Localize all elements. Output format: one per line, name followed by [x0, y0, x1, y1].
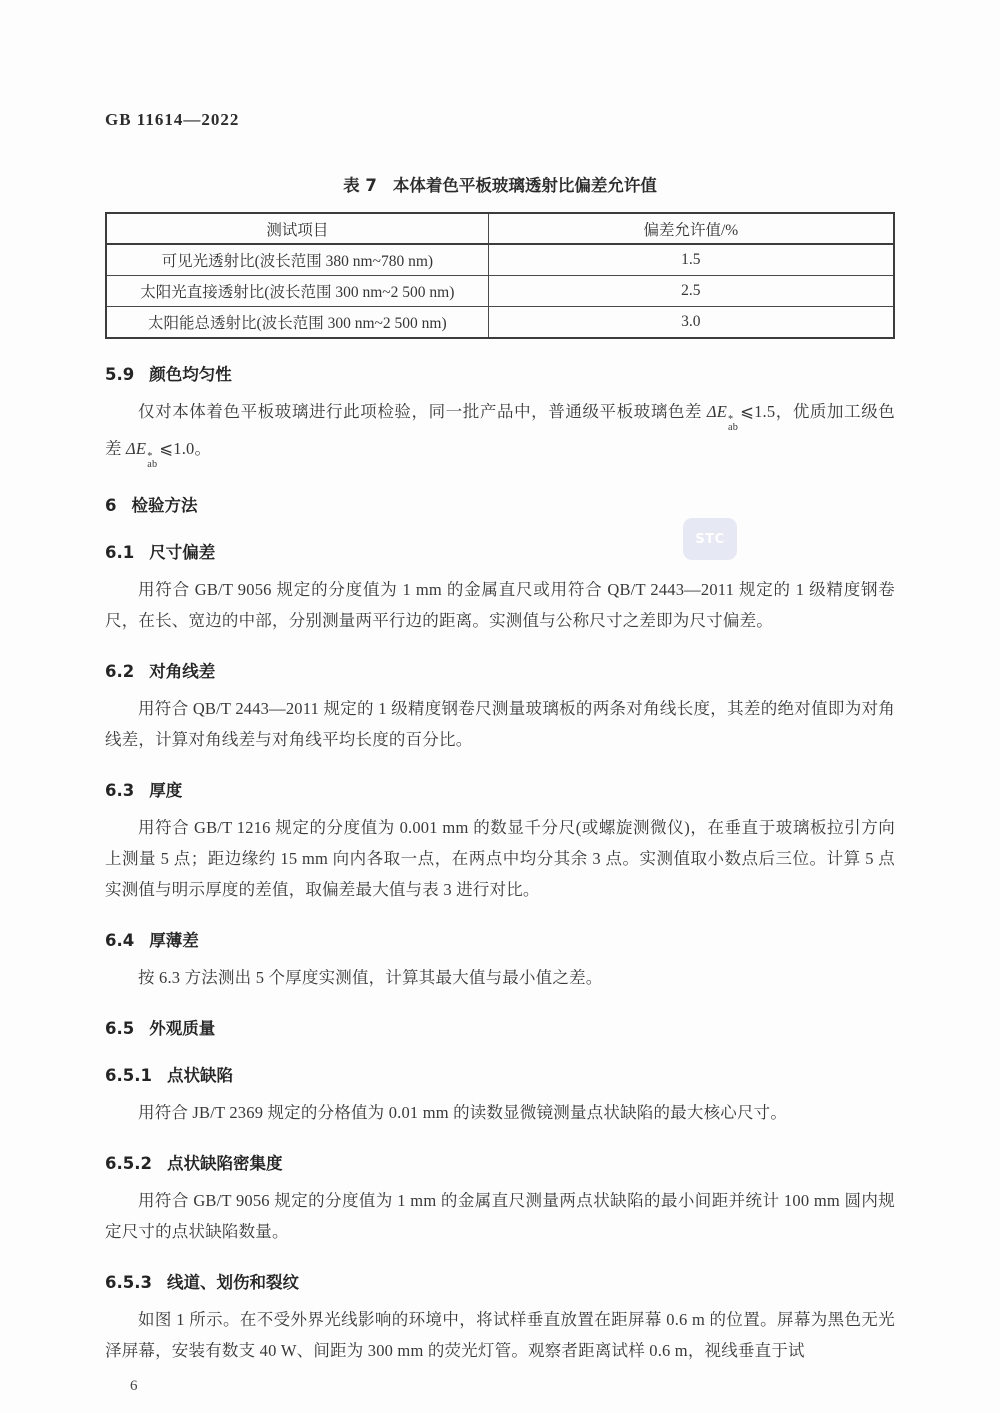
table-row: 太阳光直接透射比(波长范围 300 nm~2 500 nm) 2.5	[106, 276, 894, 307]
cell-deviation-value: 3.0	[488, 307, 894, 339]
section-number: 6.1	[105, 543, 134, 562]
cell-deviation-value: 1.5	[488, 244, 894, 276]
section-heading-6-5-2: 6.5.2点状缺陷密集度	[105, 1152, 895, 1175]
section-title: 检验方法	[131, 496, 197, 515]
section-number: 5.9	[105, 365, 134, 384]
section-paragraph-6-2: 用符合 QB/T 2443—2011 规定的 1 级精度钢卷尺测量玻璃板的两条对…	[105, 693, 895, 755]
paragraph-text: ⩽1.0。	[159, 439, 211, 458]
column-header-test-item: 测试项目	[106, 213, 488, 244]
page-number: 6	[130, 1378, 895, 1395]
section-title: 点状缺陷	[167, 1066, 233, 1085]
cell-test-item: 太阳光直接透射比(波长范围 300 nm~2 500 nm)	[106, 276, 488, 307]
table-label: 表 7	[343, 176, 377, 195]
section-number: 6.5.1	[105, 1066, 152, 1085]
table-caption-text: 本体着色平板玻璃透射比偏差允许值	[393, 176, 657, 195]
section-number: 6.5	[105, 1019, 134, 1038]
paragraph-text: 仅对本体着色平板玻璃进行此项检验，同一批产品中，普通级平板玻璃色差	[138, 402, 707, 421]
section-title: 点状缺陷密集度	[167, 1154, 283, 1173]
section-title: 外观质量	[149, 1019, 215, 1038]
section-paragraph-6-3: 用符合 GB/T 1216 规定的分度值为 0.001 mm 的数显千分尺(或螺…	[105, 812, 895, 905]
section-title: 对角线差	[149, 662, 215, 681]
column-header-allowed-deviation: 偏差允许值/%	[488, 213, 894, 244]
section-heading-6: 6检验方法	[105, 494, 895, 517]
section-title: 厚度	[149, 781, 182, 800]
section-number: 6.5.3	[105, 1273, 152, 1292]
section-number: 6.2	[105, 662, 134, 681]
cell-test-item: 可见光透射比(波长范围 380 nm~780 nm)	[106, 244, 488, 276]
section-number: 6.4	[105, 931, 134, 950]
section-title: 厚薄差	[149, 931, 199, 950]
standard-number: GB 11614—2022	[105, 110, 895, 130]
section-heading-6-3: 6.3厚度	[105, 779, 895, 802]
cell-deviation-value: 2.5	[488, 276, 894, 307]
section-paragraph-6-5-3: 如图 1 所示。在不受外界光线影响的环境中，将试样垂直放置在距屏幕 0.6 m …	[105, 1304, 895, 1366]
section-paragraph-6-1: 用符合 GB/T 9056 规定的分度值为 1 mm 的金属直尺或用符合 QB/…	[105, 574, 895, 636]
section-heading-6-5-1: 6.5.1点状缺陷	[105, 1064, 895, 1087]
section-heading-6-1: 6.1尺寸偏差	[105, 541, 895, 564]
section-heading-6-4: 6.4厚薄差	[105, 929, 895, 952]
section-title: 尺寸偏差	[149, 543, 215, 562]
cell-test-item: 太阳能总透射比(波长范围 300 nm~2 500 nm)	[106, 307, 488, 339]
section-paragraph-6-5-2: 用符合 GB/T 9056 规定的分度值为 1 mm 的金属直尺测量两点状缺陷的…	[105, 1185, 895, 1247]
delta-e-formula: ΔE*ab	[126, 439, 159, 458]
section-number: 6.3	[105, 781, 134, 800]
document-page: { "page": { "doc_number": "GB 11614—2022…	[0, 0, 1000, 1413]
section-heading-6-5-3: 6.5.3线道、划伤和裂纹	[105, 1271, 895, 1294]
page-body: GB 11614—2022 表 7本体着色平板玻璃透射比偏差允许值 测试项目 偏…	[0, 0, 1000, 1395]
section-title: 线道、划伤和裂纹	[167, 1273, 299, 1292]
section-number: 6	[105, 496, 116, 515]
section-paragraph-6-5-1: 用符合 JB/T 2369 规定的分格值为 0.01 mm 的读数显微镜测量点状…	[105, 1097, 895, 1128]
section-heading-5-9: 5.9颜色均匀性	[105, 363, 895, 386]
table-row: 太阳能总透射比(波长范围 300 nm~2 500 nm) 3.0	[106, 307, 894, 339]
table-7-transmittance-deviation: 测试项目 偏差允许值/% 可见光透射比(波长范围 380 nm~780 nm) …	[105, 212, 895, 339]
table-caption: 表 7本体着色平板玻璃透射比偏差允许值	[105, 172, 895, 196]
table-header-row: 测试项目 偏差允许值/%	[106, 213, 894, 244]
table-row: 可见光透射比(波长范围 380 nm~780 nm) 1.5	[106, 244, 894, 276]
section-heading-6-2: 6.2对角线差	[105, 660, 895, 683]
delta-e-formula: ΔE*ab	[707, 402, 740, 421]
section-paragraph-6-4: 按 6.3 方法测出 5 个厚度实测值，计算其最大值与最小值之差。	[105, 962, 895, 993]
section-title: 颜色均匀性	[149, 365, 232, 384]
section-paragraph-5-9: 仅对本体着色平板玻璃进行此项检验，同一批产品中，普通级平板玻璃色差 ΔE*ab⩽…	[105, 396, 895, 470]
section-number: 6.5.2	[105, 1154, 152, 1173]
section-heading-6-5: 6.5外观质量	[105, 1017, 895, 1040]
